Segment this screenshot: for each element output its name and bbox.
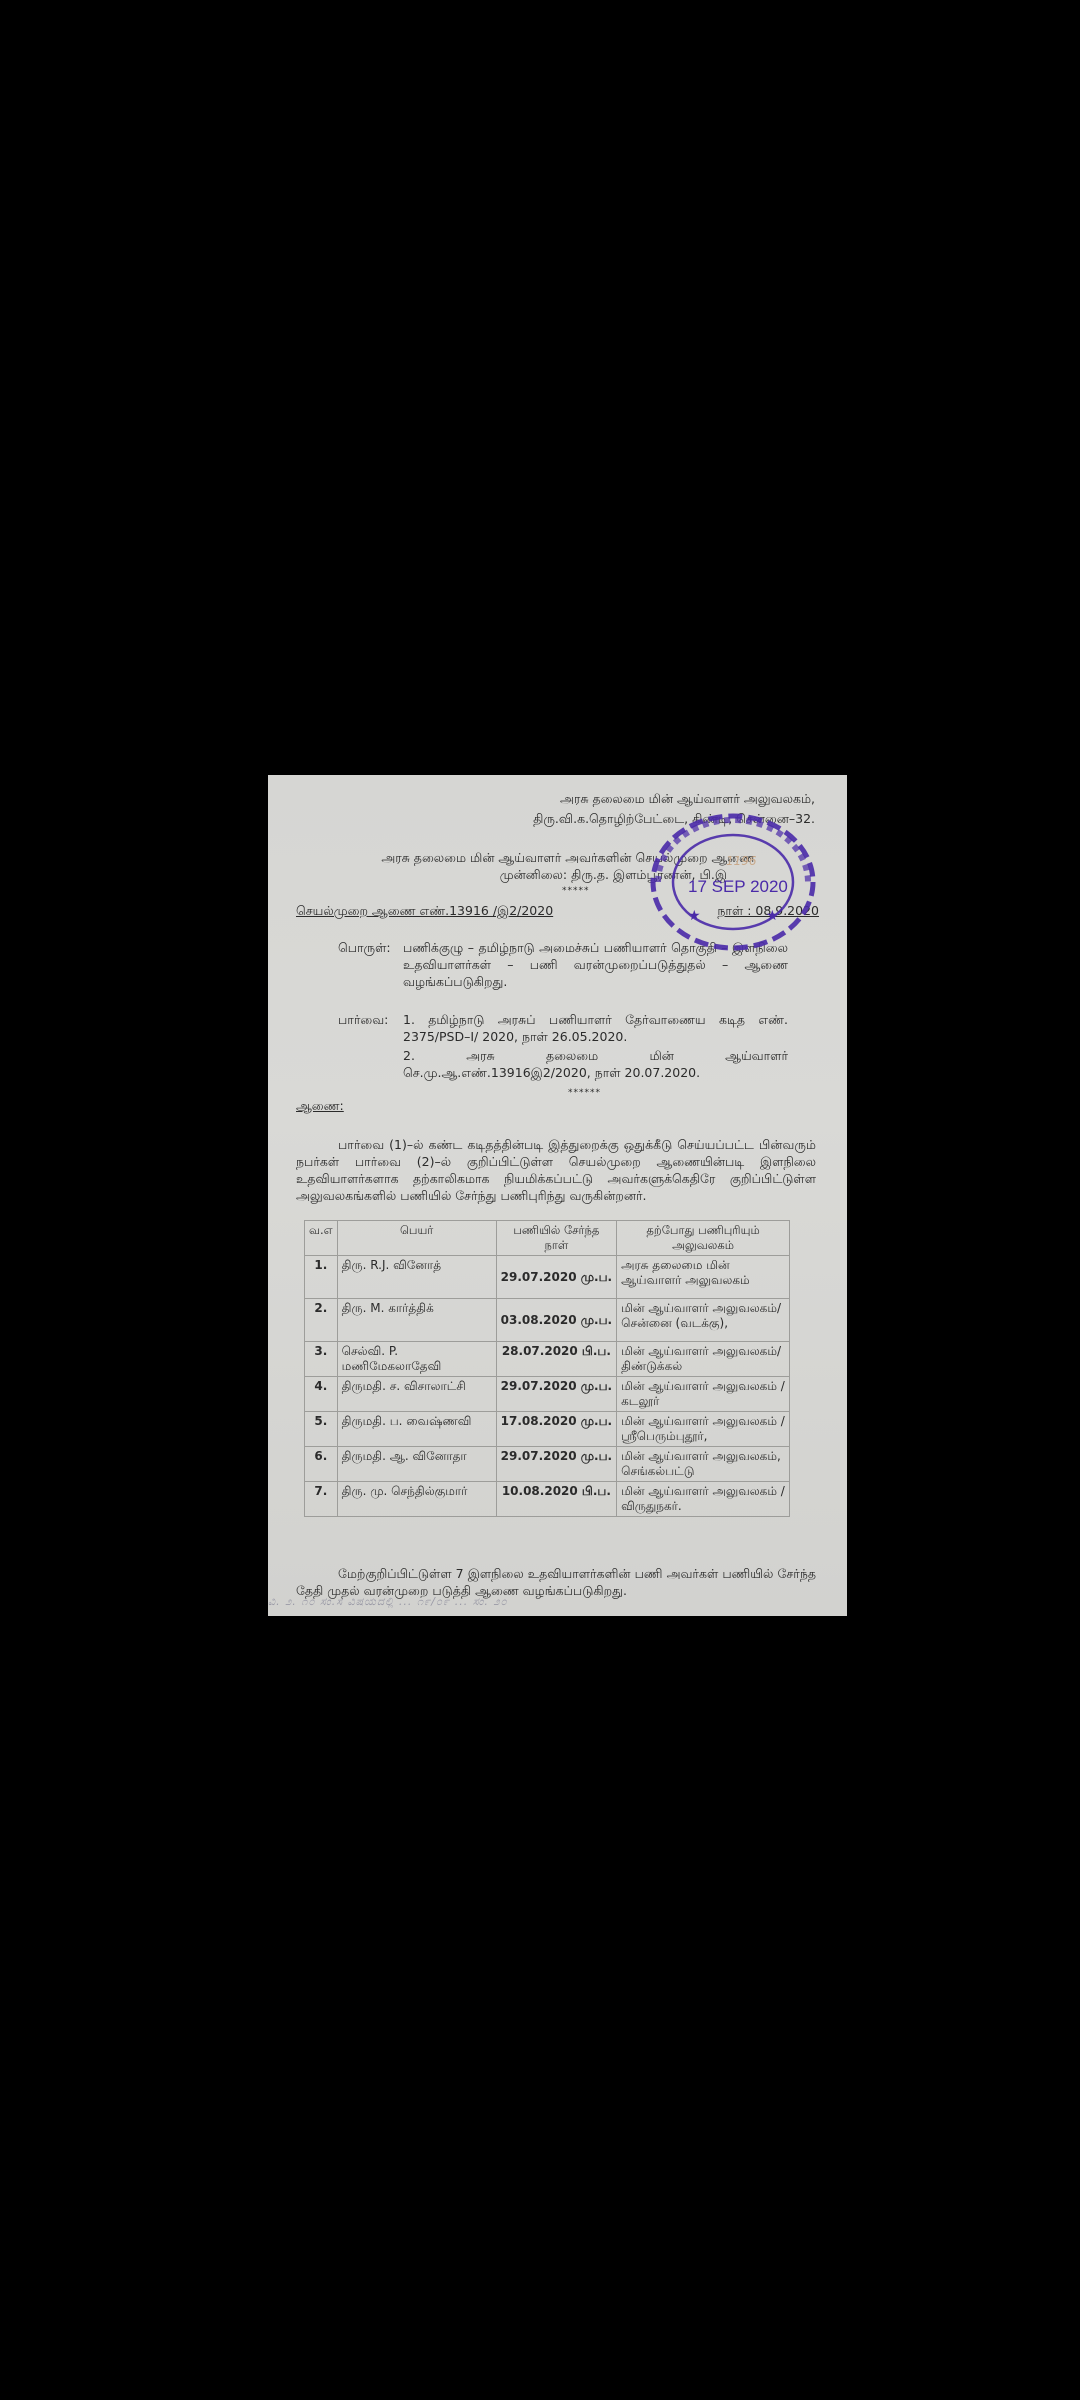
order-label: ஆணை: xyxy=(296,1098,344,1114)
office-name: அரசு தலைமை மின் ஆய்வாளர் அலுவலகம், xyxy=(560,791,815,807)
order-date: நாள் : 08.9.2020 xyxy=(717,903,819,919)
subject-text: பணிக்குழு – தமிழ்நாடு அமைச்சுப் பணியாளர்… xyxy=(403,939,788,990)
row-serial: 1. xyxy=(305,1256,338,1299)
subject-label: பொருள்: xyxy=(338,940,391,956)
row-serial: 7. xyxy=(305,1482,338,1517)
order-body: பார்வை (1)–ல் கண்ட கடிதத்தின்படி இத்துறை… xyxy=(296,1136,816,1204)
handwritten-note: ವಿ. ೨. ೧೦ ಸಂ.ಸ ವಿಷಯದಲ್ಲಿ ... ೧೯/೦೯ ... ಸ… xyxy=(268,1595,738,1616)
row-name: திரு. M. கார்த்திக் xyxy=(337,1299,496,1342)
row-name: திரு. மு. செந்தில்குமார் xyxy=(337,1482,496,1517)
row-serial: 3. xyxy=(305,1342,338,1377)
row-name: திரு. R.J. வினோத் xyxy=(337,1256,496,1299)
table-header-row: வ.எ பெயர் பணியில் சேர்ந்த நாள் தற்போது ப… xyxy=(305,1221,790,1256)
order-heading: அரசு தலைமை மின் ஆய்வாளர் அவர்களின் செயல்… xyxy=(381,850,755,866)
row-join-date: 03.08.2020 மு.ப. xyxy=(496,1299,616,1342)
row-name: திருமதி. ப. வைஷ்ணவி xyxy=(337,1412,496,1447)
row-join-date: 17.08.2020 மு.ப. xyxy=(496,1412,616,1447)
row-join-date: 28.07.2020 பி.ப. xyxy=(496,1342,616,1377)
row-join-date: 29.07.2020 மு.ப. xyxy=(496,1447,616,1482)
row-join-date: 29.07.2020 மு.ப. xyxy=(496,1377,616,1412)
row-name: செல்வி. P. மணிமேகலாதேவி xyxy=(337,1342,496,1377)
table-row: 2.திரு. M. கார்த்திக்03.08.2020 மு.ப.மின… xyxy=(305,1299,790,1342)
reference-2: 2. அரசு தலைமை மின் ஆய்வாளர் செ.மு.ஆ.எண்.… xyxy=(403,1047,788,1081)
row-serial: 4. xyxy=(305,1377,338,1412)
row-office: மின் ஆய்வாளர் அலுவலகம்/ திண்டுக்கல் xyxy=(617,1342,790,1377)
row-join-date: 10.08.2020 பி.ப. xyxy=(496,1482,616,1517)
reference-label: பார்வை: xyxy=(338,1012,388,1028)
header-join-date: பணியில் சேர்ந்த நாள் xyxy=(496,1221,616,1256)
row-office: மின் ஆய்வாளர் அலுவலகம், செங்கல்பட்டு xyxy=(617,1447,790,1482)
order-number: செயல்முறை ஆணை எண்.13916 /இ2/2020 xyxy=(296,903,553,919)
table-row: 4.திருமதி. ச. விசாலாட்சி29.07.2020 மு.ப.… xyxy=(305,1377,790,1412)
table-row: 3.செல்வி. P. மணிமேகலாதேவி28.07.2020 பி.ப… xyxy=(305,1342,790,1377)
table-row: 1.திரு. R.J. வினோத்29.07.2020 மு.ப.அரசு … xyxy=(305,1256,790,1299)
header-office: தற்போது பணிபுரியும் அலுவலகம் xyxy=(617,1221,790,1256)
row-name: திருமதி. ஆ. வினோதா xyxy=(337,1447,496,1482)
row-serial: 5. xyxy=(305,1412,338,1447)
row-join-date: 29.07.2020 மு.ப. xyxy=(496,1256,616,1299)
row-serial: 2. xyxy=(305,1299,338,1342)
closing-text: மேற்குறிப்பிட்டுள்ள 7 இளநிலை உதவியாளர்கள… xyxy=(296,1565,816,1599)
table-row: 6.திருமதி. ஆ. வினோதா29.07.2020 மு.ப.மின்… xyxy=(305,1447,790,1482)
reference-1: 1. தமிழ்நாடு அரசுப் பணியாளர் தேர்வாணைய க… xyxy=(403,1011,788,1045)
row-office: மின் ஆய்வாளர் அலுவலகம் / கடலூர் xyxy=(617,1377,790,1412)
row-office: மின் ஆய்வாளர் அலுவலகம் / விருதுநகர். xyxy=(617,1482,790,1517)
header-name: பெயர் xyxy=(337,1221,496,1256)
row-serial: 6. xyxy=(305,1447,338,1482)
presence-line: முன்னிலை: திரு.த. இளம்பூரணன், பி.இ xyxy=(500,867,727,883)
table-row: 7.திரு. மு. செந்தில்குமார்10.08.2020 பி.… xyxy=(305,1482,790,1517)
separator-stars-2: ****** xyxy=(568,1085,601,1101)
row-office: மின் ஆய்வாளர் அலுவலகம் / ஸ்ரீபெரும்புதூர… xyxy=(617,1412,790,1447)
svg-text:★: ★ xyxy=(688,908,701,924)
row-office: அரசு தலைமை மின் ஆய்வாளர் அலுவலகம் xyxy=(617,1256,790,1299)
row-name: திருமதி. ச. விசாலாட்சி xyxy=(337,1377,496,1412)
office-address: திரு.வி.க.தொழிற்பேட்டை, கிண்டி, சென்னை–3… xyxy=(533,811,815,827)
header-serial: வ.எ xyxy=(305,1221,338,1256)
document-page: அரசு தலைமை மின் ஆய்வாளர் அலுவலகம், திரு.… xyxy=(268,775,847,1616)
appointments-table: வ.எ பெயர் பணியில் சேர்ந்த நாள் தற்போது ப… xyxy=(304,1220,790,1517)
table-row: 5.திருமதி. ப. வைஷ்ணவி17.08.2020 மு.ப.மின… xyxy=(305,1412,790,1447)
separator-stars: ***** xyxy=(562,883,590,899)
row-office: மின் ஆய்வாளர் அலுவலகம்/ சென்னை (வடக்கு), xyxy=(617,1299,790,1342)
